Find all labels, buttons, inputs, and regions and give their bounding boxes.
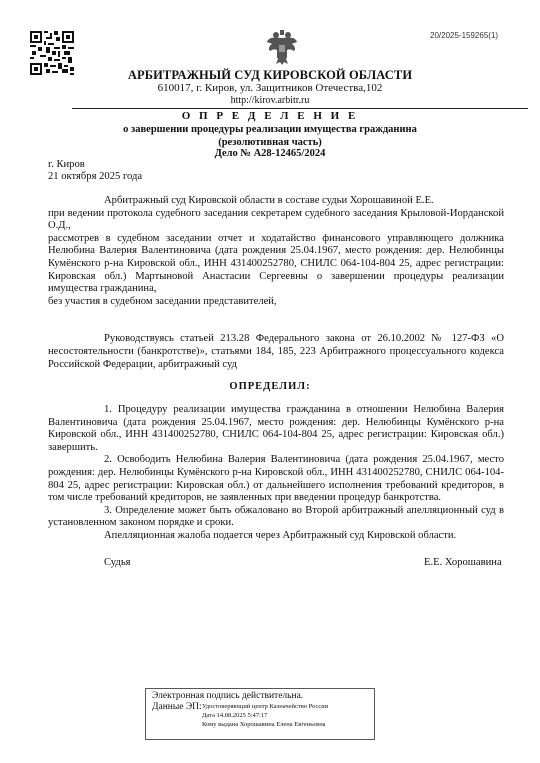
intro-secretary: при ведении протокола судебного заседани… bbox=[48, 208, 504, 233]
court-address: 610017, г. Киров, ул. Защитников Отечест… bbox=[0, 82, 540, 94]
document-number: 20/2025-159265(1) bbox=[430, 31, 498, 40]
court-website: http://kirov.arbitr.ru bbox=[0, 95, 540, 106]
signature-valid-text: Электронная подпись действительна. bbox=[152, 691, 368, 701]
document-subject: о завершении процедуры реализации имущес… bbox=[0, 124, 540, 135]
resolution-item-2: 2. Освободить Нелюбина Валерия Валентино… bbox=[48, 454, 504, 504]
city: г. Киров bbox=[48, 159, 504, 172]
signature-issuer: Удостоверяющий центр Казначейство России bbox=[202, 702, 328, 711]
grounds-paragraph: Руководствуясь статьей 213.28 Федерально… bbox=[48, 333, 504, 371]
electronic-signature-stamp: Электронная подпись действительна. Данны… bbox=[145, 688, 375, 740]
coat-of-arms-icon bbox=[265, 30, 299, 66]
signature-issued-to: Кому выдана Хорошавина Елена Евгеньевна bbox=[202, 720, 328, 729]
signature-data-label: Данные ЭП: bbox=[152, 702, 202, 729]
intro-court-composition: Арбитражный суд Кировской области в сост… bbox=[48, 195, 504, 208]
appeal-note: Апелляционная жалоба подается через Арби… bbox=[48, 530, 504, 543]
signature-date: Дата 14.08.2025 5:47:17 bbox=[202, 711, 328, 720]
intro-section: Арбитражный суд Кировской области в сост… bbox=[48, 195, 504, 371]
decided-heading: ОПРЕДЕЛИЛ: bbox=[0, 381, 540, 392]
judge-role: Судья bbox=[104, 557, 131, 568]
intro-considered: рассмотрев в судебном заседании отчет и … bbox=[48, 233, 504, 296]
document-part: (резолютивная часть) bbox=[0, 137, 540, 148]
resolution-item-3: 3. Определение может быть обжаловано во … bbox=[48, 505, 504, 530]
judge-name: Е.Е. Хорошавина bbox=[424, 557, 502, 568]
intro-participants: без участия в судебном заседании предста… bbox=[48, 296, 504, 309]
court-name: АРБИТРАЖНЫЙ СУД КИРОВСКОЙ ОБЛАСТИ bbox=[0, 68, 540, 83]
document-type-title: О П Р Е Д Е Л Е Н И Е bbox=[0, 110, 540, 122]
header-divider bbox=[72, 108, 528, 109]
decision-date: 21 октября 2025 года bbox=[48, 171, 504, 184]
resolution-section: 1. Процедуру реализации имущества гражда… bbox=[48, 404, 504, 543]
case-number: Дело № А28-12465/2024 bbox=[0, 148, 540, 159]
resolution-item-1: 1. Процедуру реализации имущества гражда… bbox=[48, 404, 504, 454]
